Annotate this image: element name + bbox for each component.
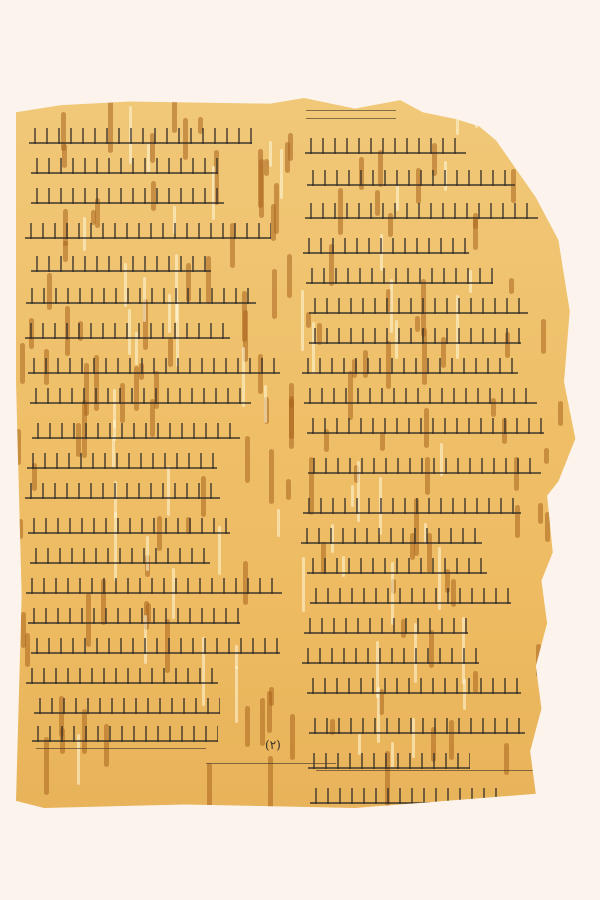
bark-streak	[264, 159, 269, 176]
bark-streak	[473, 219, 478, 249]
bark-streak	[545, 512, 550, 542]
script-line	[309, 328, 521, 344]
script-line	[310, 788, 505, 804]
script-line	[31, 638, 281, 654]
bark-streak	[538, 503, 543, 524]
bark-highlight	[277, 509, 280, 536]
script-line	[306, 268, 493, 284]
bark-streak	[245, 706, 250, 747]
script-line	[28, 518, 230, 534]
bark-streak	[44, 737, 49, 796]
script-line	[309, 298, 528, 314]
bark-streak	[380, 432, 385, 451]
script-line	[31, 256, 211, 272]
bark-streak	[272, 269, 277, 319]
bark-streak	[16, 429, 21, 465]
script-line	[309, 718, 525, 734]
bark-highlight	[280, 149, 283, 199]
bark-streak	[289, 399, 294, 439]
bark-streak	[509, 278, 514, 294]
script-line	[305, 203, 538, 219]
script-line	[304, 618, 468, 634]
script-line	[34, 698, 221, 714]
bark-streak	[286, 479, 291, 499]
script-line	[27, 453, 217, 469]
script-line	[304, 388, 538, 404]
bark-streak	[561, 546, 566, 568]
bark-streak	[25, 633, 30, 667]
bark-highlight	[456, 99, 459, 135]
bark-streak	[544, 448, 549, 465]
bark-streak	[271, 204, 276, 241]
bark-streak	[536, 644, 541, 678]
bark-streak	[560, 530, 565, 582]
script-line	[29, 128, 252, 144]
ruled-line	[306, 118, 396, 119]
bark-highlight	[475, 107, 478, 128]
bark-streak	[18, 519, 23, 538]
script-line	[307, 558, 488, 574]
bark-highlight	[377, 687, 380, 743]
ruled-line	[206, 763, 336, 764]
ruled-line	[36, 748, 206, 749]
script-line	[26, 288, 256, 304]
bark-highlight	[301, 290, 304, 350]
bark-streak	[290, 714, 295, 760]
script-line	[307, 418, 544, 434]
script-line	[31, 188, 224, 204]
script-line	[310, 588, 511, 604]
bark-streak	[285, 142, 290, 173]
bark-streak	[563, 675, 568, 724]
script-line	[307, 678, 521, 694]
bark-streak	[541, 319, 546, 354]
script-line	[30, 548, 210, 564]
script-line	[308, 753, 470, 769]
bark-streak	[549, 728, 554, 782]
script-line	[303, 498, 521, 514]
bark-highlight	[302, 557, 305, 612]
bark-streak	[269, 449, 274, 504]
script-line	[31, 158, 219, 174]
page-marker: (٢)	[265, 738, 281, 752]
bark-streak	[258, 149, 263, 208]
script-line	[28, 358, 280, 374]
bark-streak	[20, 343, 25, 384]
bark-highlight	[235, 666, 238, 722]
script-line	[305, 138, 465, 154]
bark-highlight	[269, 141, 272, 167]
bark-streak	[207, 763, 212, 815]
bark-highlight	[358, 734, 361, 754]
script-line	[307, 170, 515, 186]
script-line	[32, 726, 217, 742]
bark-streak	[269, 687, 274, 707]
script-line	[32, 423, 240, 439]
ruled-line	[306, 110, 396, 111]
bark-streak	[65, 338, 70, 357]
script-line	[26, 578, 282, 594]
script-line	[308, 458, 542, 474]
bark-highlight	[264, 385, 267, 424]
script-line	[30, 388, 251, 404]
script-line	[302, 358, 518, 374]
script-line	[25, 223, 270, 239]
script-line	[25, 483, 219, 499]
ruled-line	[316, 770, 536, 771]
script-line	[26, 668, 218, 684]
script-line	[303, 238, 470, 254]
bark-streak	[108, 100, 113, 153]
bark-streak	[306, 312, 311, 328]
script-line	[28, 608, 240, 624]
script-line	[25, 323, 230, 339]
manuscript-leaf	[16, 98, 581, 808]
bark-streak	[287, 254, 292, 297]
bark-streak	[558, 401, 563, 426]
script-line	[302, 648, 479, 664]
script-line	[301, 528, 482, 544]
bark-streak	[245, 436, 250, 483]
